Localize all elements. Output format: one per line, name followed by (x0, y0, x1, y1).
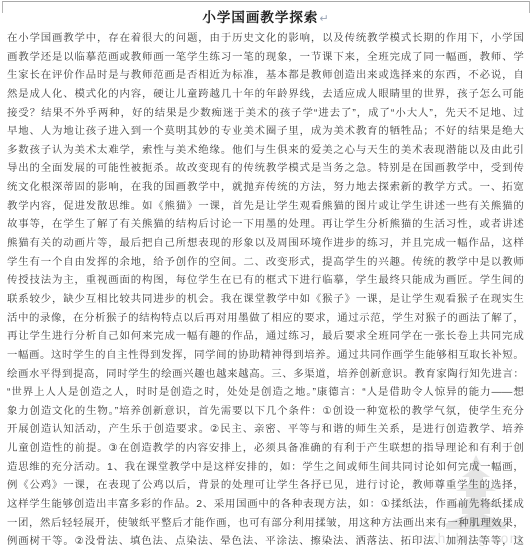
text-line: 这样学生能够创造出丰富多彩的作品。2、采用国画中的各种表现方法，如：①揉纸法，作… (7, 496, 524, 515)
text-line: 一幅画。这时学生的自主性得到发挥，同学间的协助精神得到培养。通过共同作画学生能够… (7, 347, 524, 366)
text-line: 教学内容，促进发散思维。如《熊猫》一课，首先是让学生观看熊猫的图片或让学生讲述一… (7, 198, 524, 217)
text-line: 造思维的充分活动。1、我在课堂教学中是这样安排的，如：学生之间或师生间共同讨论如… (7, 459, 524, 478)
text-line: 早地、人为地让孩子进入到一个莫明其妙的专业美术圈子里，成为美术教育的牺牲品；不好… (7, 123, 524, 142)
text-line: 画教学还是以临摹范画或教师画一笔学生练习一笔的现象，一节课下来，全班完成了同一幅… (7, 49, 524, 68)
text-line: 联系较少，缺少互相比较共同进步的机会。我在课堂教学中如《猴子》一课，是让学生观看… (7, 291, 524, 310)
text-line: 学生有一个自由发挥的余地，给予创作的空间。二、改变形式，提高学生的兴趣。传统的教… (7, 254, 524, 273)
text-line: 儿童创造性的前提。③在创造教学的内容安排上，必须具备准确的有利于产生联想的指导理… (7, 440, 524, 459)
text-line: 开展创造认知活动，产生乐于创造要求。②民主、亲密、平等与和谐的师生关系，是进行创… (7, 421, 524, 440)
page-title: 小学国画教学探索↵ (0, 6, 531, 26)
text-line: 绘画水平得到提高，同时学生的绘画兴趣也越来越高。三、多渠道，培养创新意识。教育家… (7, 366, 524, 385)
body-text: 在小学国画教学中，存在着很大的问题，由于历史文化的影响，以及传统教学模式长期的作… (7, 30, 524, 552)
text-line: 接受？结果不外乎两种，好的结果是少数痴迷于美术的孩子学“进去了”，成了“小大人”… (7, 105, 524, 124)
text-line: 导出的全面发展的可能性被扼杀。故改变现有的传统教学模式是当务之急。特别是在国画教… (7, 160, 524, 179)
text-line: 一团，然后轻轻展开，使皱纸平整后才能作画，也可有部分利用揉皱，用这种方法画出来有… (7, 515, 524, 534)
text-line: 故事等，在学生了解了有关熊猫的结构后讨论一下用墨的处理。再让学生分析熊猫的生活习… (7, 216, 524, 235)
text-line: 生家长在评价作品时是与教师范画是否相近为标准，基本都是教师创造出来或选择来的东西… (7, 67, 524, 86)
text-line: 例《公鸡》一课，在表现了公鸡以后，背景的处理可让学生各抒已见，进行讨论，教师尊重… (7, 477, 524, 496)
text-line: 统文化根深蒂固的影响，在我的国画教学中，就抛弃传统的方法，努力地去探索新的教学方… (7, 179, 524, 198)
text-line: 再让学生进行分析自己如何来完成一幅有趣的作品，通过练习，最后要求全班同学在一张长… (7, 328, 524, 347)
document-page: zhulong.com 小学国画教学探索↵ 在小学国画教学中，存在着很大的问题，… (0, 0, 531, 560)
text-line: 例画树干等。②没骨法、填色法、点染法、晕色法、平涂法、擦染法、洒落法、拓印法、加… (7, 533, 524, 552)
text-line: 活中的录像，在分析猴子的结构特点以后再对用墨做了相应的要求，通过示范，学生对猴子… (7, 310, 524, 329)
paragraph-mark-icon: ↵ (319, 13, 328, 25)
page-title-text: 小学国画教学探索 (202, 10, 318, 25)
text-line: 多数孩子认为美术太难学，索性与美术绝缘。他们与生俱来的爱美之心与天生的美术表现潜… (7, 142, 524, 161)
text-line: 在小学国画教学中，存在着很大的问题，由于历史文化的影响，以及传统教学模式长期的作… (7, 30, 524, 49)
text-line: “世界上人人是创造之人，时时是创造之时，处处是创造之地。”康德言：“人是借助令人… (7, 384, 524, 403)
text-line: 然是成人化、模式化的内容，硬让儿童跨越几十年的年龄界线，去适应成人眼睛里的世界，… (7, 86, 524, 105)
text-line: 象力创造文化的生物。”培养创新意识，首先需要以下几个条件：①创设一种宽松的教学气… (7, 403, 524, 422)
text-line: 熊猫有关的动画片等，最后把自己所想表现的形象以及周围环境作进步的练习，并且完成一… (7, 235, 524, 254)
text-line: 传授技法为主，重视画面的构图，每位学生在已有的框式下进行临摹，学生最终只能成为画… (7, 272, 524, 291)
